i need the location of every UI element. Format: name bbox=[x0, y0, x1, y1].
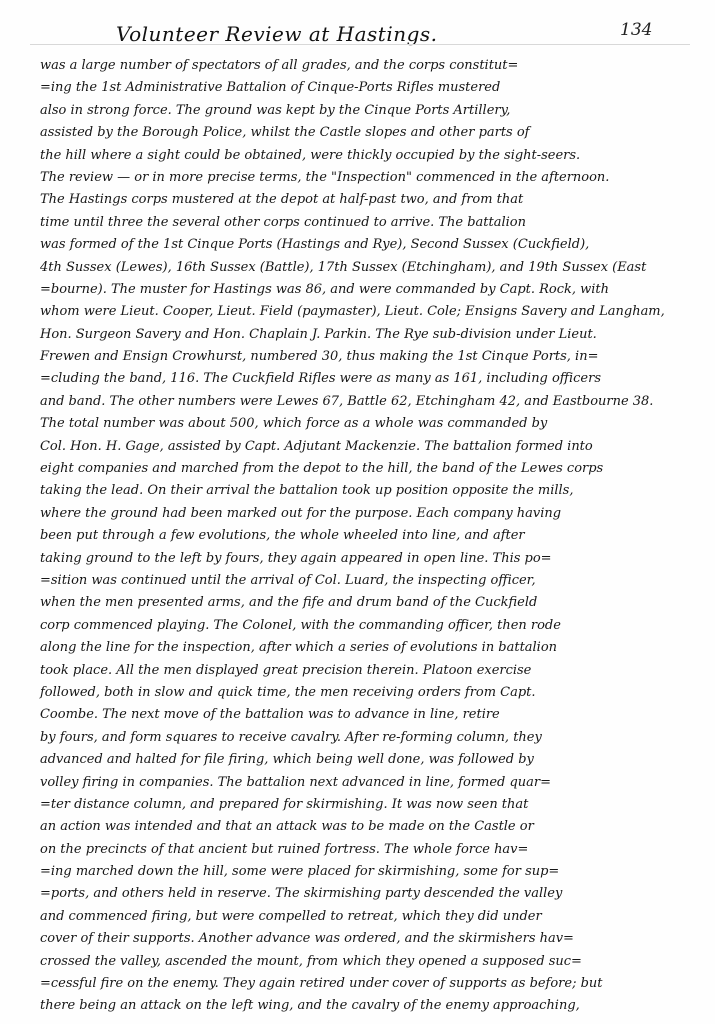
text-line: corp commenced playing. The Colonel, wit… bbox=[40, 615, 680, 637]
text-line: also in strong force. The ground was kep… bbox=[40, 100, 680, 122]
text-line: assisted by the Borough Police, whilst t… bbox=[40, 122, 680, 144]
text-line: The total number was about 500, which fo… bbox=[40, 413, 680, 435]
header-rule bbox=[30, 44, 690, 45]
text-line: Frewen and Ensign Crowhurst, numbered 30… bbox=[40, 346, 680, 368]
text-line: was formed of the 1st Cinque Ports (Hast… bbox=[40, 234, 680, 256]
text-line: and band. The other numbers were Lewes 6… bbox=[40, 391, 680, 413]
text-line: volley firing in companies. The battalio… bbox=[40, 772, 680, 794]
text-line: eight companies and marched from the dep… bbox=[40, 458, 680, 480]
text-line: =ports, and others held in reserve. The … bbox=[40, 883, 680, 905]
text-line: =cessful fire on the enemy. They again r… bbox=[40, 973, 680, 995]
text-line: cover of their supports. Another advance… bbox=[40, 928, 680, 950]
text-line: when the men presented arms, and the fif… bbox=[40, 592, 680, 614]
text-line: by fours, and form squares to receive ca… bbox=[40, 727, 680, 749]
text-line: =bourne). The muster for Hastings was 86… bbox=[40, 279, 680, 301]
text-line: =cluding the band, 116. The Cuckfield Ri… bbox=[40, 368, 680, 390]
text-line: taking ground to the left by fours, they… bbox=[40, 548, 680, 570]
text-line: crossed the valley, ascended the mount, … bbox=[40, 951, 680, 973]
text-line: followed, both in slow and quick time, t… bbox=[40, 682, 680, 704]
text-line: was a large number of spectators of all … bbox=[40, 55, 680, 77]
text-line: on the precincts of that ancient but rui… bbox=[40, 839, 680, 861]
text-line: =ter distance column, and prepared for s… bbox=[40, 794, 680, 816]
text-line: Hon. Surgeon Savery and Hon. Chaplain J.… bbox=[40, 324, 680, 346]
text-line: =ing the 1st Administrative Battalion of… bbox=[40, 77, 680, 99]
text-line: Col. Hon. H. Gage, assisted by Capt. Adj… bbox=[40, 436, 680, 458]
text-line: 4th Sussex (Lewes), 16th Sussex (Battle)… bbox=[40, 257, 680, 279]
text-line: whom were Lieut. Cooper, Lieut. Field (p… bbox=[40, 301, 680, 323]
text-line: where the ground had been marked out for… bbox=[40, 503, 680, 525]
text-line: The Hastings corps mustered at the depot… bbox=[40, 189, 680, 211]
text-line: been put through a few evolutions, the w… bbox=[40, 525, 680, 547]
page-title: Volunteer Review at Hastings. bbox=[116, 22, 438, 46]
text-line: The review — or in more precise terms, t… bbox=[40, 167, 680, 189]
text-line: Coombe. The next move of the battalion w… bbox=[40, 704, 680, 726]
text-line: taking the lead. On their arrival the ba… bbox=[40, 480, 680, 502]
text-line: an action was intended and that an attac… bbox=[40, 816, 680, 838]
page-header: Volunteer Review at Hastings. 134 bbox=[0, 14, 715, 46]
page-number: 134 bbox=[620, 20, 652, 40]
text-line: there being an attack on the left wing, … bbox=[40, 995, 680, 1017]
text-line: =ing marched down the hill, some were pl… bbox=[40, 861, 680, 883]
text-line: the hill where a sight could be obtained… bbox=[40, 145, 680, 167]
text-line: along the line for the inspection, after… bbox=[40, 637, 680, 659]
text-line: and commenced firing, but were compelled… bbox=[40, 906, 680, 928]
handwritten-body: was a large number of spectators of all … bbox=[40, 55, 690, 1018]
text-line: advanced and halted for file firing, whi… bbox=[40, 749, 680, 771]
text-line: time until three the several other corps… bbox=[40, 212, 680, 234]
text-line: took place. All the men displayed great … bbox=[40, 660, 680, 682]
manuscript-page: Volunteer Review at Hastings. 134 was a … bbox=[0, 0, 715, 1024]
text-line: =sition was continued until the arrival … bbox=[40, 570, 680, 592]
